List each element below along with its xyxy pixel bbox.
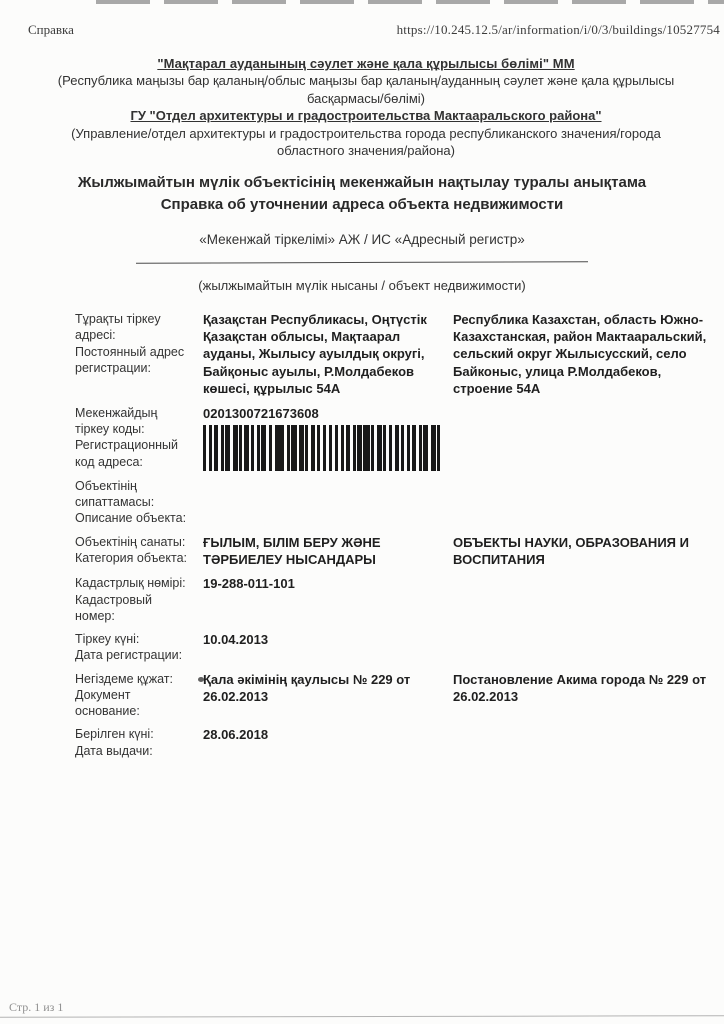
field-row-category: Объектінің санаты: Категория объекта: ҒЫ… <box>75 534 714 568</box>
field-value-ru: Постановление Акима города № 229 от 26.0… <box>453 671 714 720</box>
org-note-russian: (Управление/отдел архитектуры и градостр… <box>50 125 682 160</box>
org-name-kazakh: "Мақтарал ауданының сәулет және қала құр… <box>50 55 682 72</box>
title-kazakh: Жылжымайтын мүлік объектісінің мекенжайы… <box>60 172 664 193</box>
field-row-cadastre-number: Кадастрлық нөмірі: Кадастровый номер: 19… <box>75 575 714 624</box>
field-row-basis-document: Негіздеме құжат: Документ основание: Қал… <box>75 671 714 720</box>
field-value-ru <box>453 405 714 471</box>
doc-type-label: Справка <box>28 22 74 38</box>
field-label-ru: Кадастровый номер: <box>75 592 193 625</box>
field-row-registration-code: Мекенжайдың тіркеу коды: Регистрационный… <box>75 405 714 471</box>
field-label-kk: Объектінің сипаттамасы: <box>75 478 193 511</box>
field-value-ru <box>453 726 714 759</box>
field-label-kk: Тіркеу күні: <box>75 631 193 647</box>
field-label-ru: Дата регистрации: <box>75 647 193 663</box>
field-value-kk: Қазақстан Республикасы, Оңтүстік Қазақст… <box>203 311 443 397</box>
footer-rule <box>0 1015 724 1018</box>
field-value-kk: 28.06.2018 <box>203 726 443 759</box>
scanned-document-page: Справка https://10.245.12.5/ar/informati… <box>0 0 724 1024</box>
field-value-kk: ҒЫЛЫМ, БІЛІМ БЕРУ ЖӘНЕ ТӘРБИЕЛЕУ НЫСАНДА… <box>203 534 443 568</box>
field-label-kk: Негіздеме құжат: <box>75 671 193 687</box>
field-label-kk: Берілген күні: <box>75 726 193 742</box>
field-label-ru: Документ основание: <box>75 687 193 720</box>
field-label-kk: Мекенжайдың тіркеу коды: <box>75 405 193 438</box>
fields-table: Тұрақты тіркеу адресі: Постоянный адрес … <box>75 311 714 759</box>
field-value-ru <box>453 575 714 624</box>
separator-line <box>136 261 588 264</box>
field-label-kk: Кадастрлық нөмірі: <box>75 575 193 591</box>
document-title: Жылжымайтын мүлік объектісінің мекенжайы… <box>60 172 664 215</box>
address-barcode <box>203 425 441 471</box>
field-value-kk: 10.04.2013 <box>203 631 443 664</box>
field-label-kk: Объектінің санаты: <box>75 534 193 550</box>
field-value-kk <box>203 478 443 530</box>
scan-speck-artifact <box>198 677 204 682</box>
field-row-description: Объектінің сипаттамасы: Описание объекта… <box>75 478 714 530</box>
field-value-kk: Қала әкімінің қаулысы № 229 от 26.02.201… <box>203 671 443 720</box>
field-label-ru: Описание объекта: <box>75 510 193 526</box>
field-label-ru: Категория объекта: <box>75 550 193 566</box>
registration-code-value: 0201300721673608 <box>203 405 443 422</box>
field-value-ru <box>453 631 714 664</box>
field-label-ru: Регистрационный код адреса: <box>75 437 193 470</box>
org-name-russian: ГУ "Отдел архитектуры и градостроительст… <box>50 107 682 124</box>
field-value-ru: ОБЪЕКТЫ НАУКИ, ОБРАЗОВАНИЯ И ВОСПИТАНИЯ <box>453 534 714 568</box>
field-label-kk: Тұрақты тіркеу адресі: <box>75 311 193 344</box>
system-name: «Мекенжай тіркелімі» АЖ / ИС «Адресный р… <box>0 232 724 247</box>
print-header: Справка https://10.245.12.5/ar/informati… <box>0 0 724 38</box>
org-note-kazakh: (Республика маңызы бар қаланың/облыс маң… <box>50 72 682 107</box>
field-row-registration-date: Тіркеу күні: Дата регистрации: 10.04.201… <box>75 631 714 664</box>
page-number: Стр. 1 из 1 <box>9 1000 63 1015</box>
field-value-ru: Республика Казахстан, область Южно-Казах… <box>453 311 714 397</box>
field-row-issue-date: Берілген күні: Дата выдачи: 28.06.2018 <box>75 726 714 759</box>
object-type-note: (жылжымайтын мүлік нысаны / объект недви… <box>0 278 724 293</box>
title-russian: Справка об уточнении адреса объекта недв… <box>60 194 664 215</box>
field-label-ru: Дата выдачи: <box>75 743 193 759</box>
field-value-ru <box>453 478 714 530</box>
organization-header: "Мақтарал ауданының сәулет және қала құр… <box>50 55 682 159</box>
scanner-artifact-band <box>96 0 724 4</box>
field-row-address: Тұрақты тіркеу адресі: Постоянный адрес … <box>75 311 714 397</box>
field-value-kk: 19-288-011-101 <box>203 575 443 624</box>
source-url: https://10.245.12.5/ar/information/i/0/3… <box>397 22 720 38</box>
field-label-ru: Постоянный адрес регистрации: <box>75 344 193 377</box>
